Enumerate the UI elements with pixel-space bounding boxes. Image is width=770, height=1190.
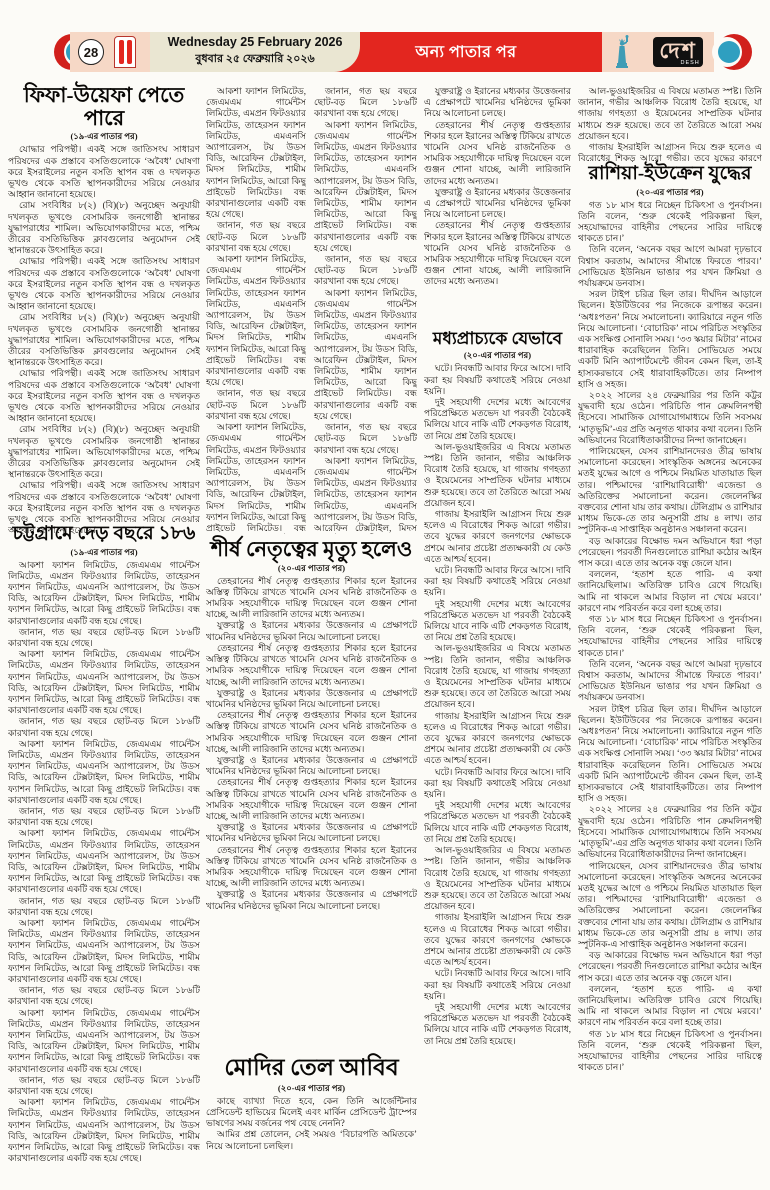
date-bengali: বুধবার ২৫ ফেব্রুয়ারি ২০২৬ bbox=[195, 50, 314, 69]
article-middle-east: মধ্যপ্রাচ্যকে যেভাবে (২০-এর পাতার পর) ঘট… bbox=[424, 330, 571, 1179]
continued-from-note: (১৯-এর পাতার পর) bbox=[8, 129, 200, 144]
article-chittagong: চট্টগ্রামে দেড় বছরে ১৮৬ (১৯-এর পাতার পর… bbox=[8, 524, 200, 1180]
continuation-column: যুক্তরাষ্ট্র ও ইরানের মধ্যকার উত্তেজনার … bbox=[424, 86, 571, 328]
continuation-column: আকশা ফ্যাশন লিমিটেড, জেএমএম গার্মেন্টস ল… bbox=[206, 86, 306, 534]
date-box: Wednesday 25 February 2026 বুধবার ২৫ ফেব… bbox=[150, 32, 360, 72]
article-russia-ukraine: রাশিয়া-ইউক্রেন যুদ্ধের (২০-এর পাতার পর)… bbox=[578, 164, 762, 1182]
article-headline: চট্টগ্রামে দেড় বছরে ১৮৬ bbox=[8, 524, 200, 545]
desh-logo-mark: দেশ DESH bbox=[653, 37, 703, 67]
section-banner: অন্য পাতার পর bbox=[330, 32, 602, 72]
continued-from-note: (২০-এর পাতার পর) bbox=[424, 348, 571, 363]
page-number: 28 bbox=[78, 39, 104, 65]
date-english: Wednesday 25 February 2026 bbox=[168, 35, 343, 49]
logo-latin-text: DESH bbox=[679, 60, 700, 66]
continued-from-note: (২০-এর পাতার পর) bbox=[206, 1081, 417, 1096]
article-headline: রাশিয়া-ইউক্রেন যুদ্ধের bbox=[578, 164, 762, 185]
continued-from-note: (২০-এর পাতার পর) bbox=[578, 185, 762, 200]
statue-of-liberty-icon bbox=[613, 35, 631, 69]
article-body: আকশা ফ্যাশন লিমিটেড, জেএমএম গার্মেন্টস ল… bbox=[8, 560, 200, 1180]
article-body: যোদ্ধার পরিপন্থী। একই সঙ্গে জাতিসংঘ সাধা… bbox=[8, 144, 200, 536]
article-modi: মোদির তেল আবিব (২০-এর পাতার পর) কাছে ব্য… bbox=[206, 1056, 417, 1180]
desh-logo: দেশ DESH bbox=[642, 32, 714, 72]
article-body: ঘটে। নিবন্ধটি আবার ফিরে আসে। দাবি করা হয… bbox=[424, 363, 571, 1179]
ornament-dot bbox=[718, 41, 740, 63]
continuation-column: আল-ভুওয়াইজরির এ বিষয়ে মতামত স্পষ্ট। তি… bbox=[578, 86, 762, 162]
article-body: কাছে ব্যাখ্যা দিতে হবে, কেন তিনি আর্জেন্… bbox=[206, 1096, 417, 1180]
section-label: অন্য পাতার পর bbox=[415, 39, 516, 66]
page-number-box: 28 bbox=[70, 32, 150, 72]
article-body: গত ১৮ মাস ধরে নিচ্ছেন চিকিৎসা ও পুনর্বাস… bbox=[578, 200, 762, 1182]
continued-from-note: (১৯-এর পাতার পর) bbox=[8, 545, 200, 560]
article-body: তেহরানের শীর্ষ নেতৃত্ব গুপ্তহত্যার শিকার… bbox=[206, 576, 417, 1046]
masthead-right-ornament bbox=[716, 34, 752, 70]
continuation-column: জানান, গত ছয় বছরে ছোট-বড় মিলে ১৮৬টি কা… bbox=[314, 86, 417, 534]
masthead-window-icon bbox=[114, 36, 136, 68]
continued-from-note: (২০-এর পাতার পর) bbox=[206, 561, 417, 576]
statue-box bbox=[602, 32, 642, 72]
newspaper-page: { "header": { "page_number": "28", "date… bbox=[0, 0, 770, 1190]
article-headline: মধ্যপ্রাচ্যকে যেভাবে bbox=[424, 330, 571, 348]
article-headline: শীর্ষ নেতৃত্বের মৃত্যু হলেও bbox=[206, 538, 417, 561]
article-headline: মোদির তেল আবিব bbox=[206, 1056, 417, 1081]
article-headline: ফিফা-উয়েফা পেতে পারে bbox=[8, 84, 200, 129]
article-fifa-uefa: ফিফা-উয়েফা পেতে পারে (১৯-এর পাতার পর) য… bbox=[8, 84, 200, 536]
article-top-leadership: শীর্ষ নেতৃত্বের মৃত্যু হলেও (২০-এর পাতার… bbox=[206, 538, 417, 1046]
